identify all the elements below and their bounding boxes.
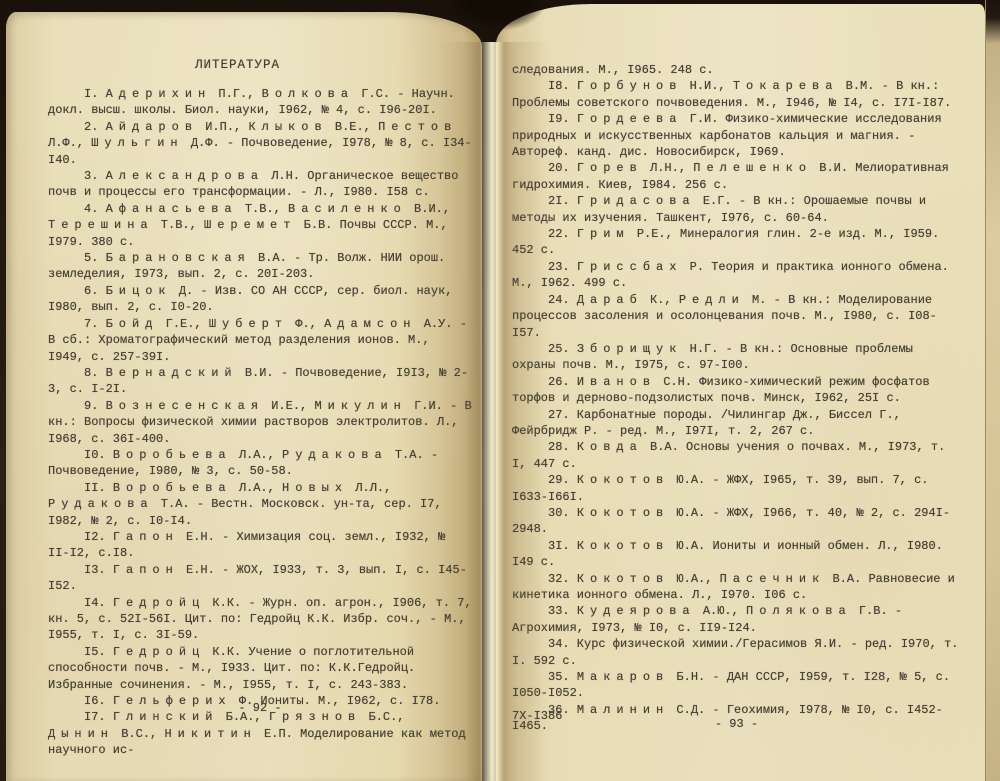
bib-entry: 30. Кокотов Ю.А. - ЖФХ, I966, т. 40, № 2…	[512, 505, 961, 538]
bib-entry: 24. Дараб К., Редли М. - В кн.: Моделиро…	[512, 292, 961, 341]
scanned-book-spread: ЛИТЕРАТУРА I. Адерихин П.Г., Волкова Г.С…	[0, 0, 1000, 781]
bibliography-list-right: I8. Горбунов Н.И., Токарева В.М. - В кн.…	[512, 78, 961, 734]
bib-entry: 29. Кокотов Ю.А. - ЖФХ, I965, т. 39, вып…	[512, 472, 961, 505]
page-number-92: - 92 -	[48, 701, 472, 715]
bib-entry: 27. Карбонатные породы. /Чилингар Дж., Б…	[512, 407, 961, 440]
bib-entry: I3. Гапон Е.Н. - ЖОХ, I933, т. 3, вып. I…	[48, 562, 472, 595]
bib-entry: I8. Горбунов Н.И., Токарева В.М. - В кн.…	[512, 78, 961, 111]
bib-entry: 5. Барановская В.А. - Тр. Волж. НИИ орош…	[48, 250, 472, 283]
bib-entry: 3I. Кокотов Ю.А. Иониты и ионный обмен. …	[512, 538, 961, 571]
bib-entry: I. Адерихин П.Г., Волкова Г.С. - Научн. …	[48, 86, 472, 119]
bib-entry: 35. Макаров Б.Н. - ДАН СССР, I959, т. I2…	[512, 669, 961, 702]
bib-entry: 26. Иванов С.Н. Физико-химический режим …	[512, 374, 961, 407]
entry-continuation: следования. М., I965. 248 с.	[512, 62, 961, 78]
bib-entry: 8. Вернадский В.И. - Почвоведение, I9I3,…	[48, 365, 472, 398]
bib-entry: 34. Курс физической химии./Герасимов Я.И…	[512, 636, 961, 669]
bib-entry: I5. Гедройц К.К. Учение о поглотительной…	[48, 644, 472, 693]
page-edge-stack	[985, 0, 1000, 781]
bib-entry: 4. Афанасьева Т.В., Василенко В.И., Тере…	[48, 201, 472, 250]
bib-entry: I2. Гапон Е.Н. - Химизация соц. земл., I…	[48, 529, 472, 562]
page-number-93: - 93 -	[512, 717, 961, 731]
bib-entry: 23. Гриссбах Р. Теория и практика ионног…	[512, 259, 961, 292]
bib-entry: I0. Воробьева Л.А., Рудакова Т.А. - Почв…	[48, 447, 472, 480]
bib-entry: 9. Вознесенская И.Е., Микулин Г.И. - В к…	[48, 398, 472, 447]
bib-entry: 25. Зборищук Н.Г. - В кн.: Основные проб…	[512, 341, 961, 374]
bib-entry: 2. Айдаров И.П., Клыков В.Е., Пестов Л.Ф…	[48, 119, 472, 168]
section-title: ЛИТЕРАТУРА	[48, 58, 427, 72]
bib-entry: 32. Кокотов Ю.А., Пасечник В.А. Равновес…	[512, 571, 961, 604]
bib-entry: 3. Александрова Л.Н. Органическое вещест…	[48, 168, 472, 201]
bib-entry: 22. Грим Р.Е., Минералогия глин. 2-е изд…	[512, 226, 961, 259]
bib-entry: 20. Горев Л.Н., Пелешенко В.И. Мелиорати…	[512, 160, 961, 193]
left-page: ЛИТЕРАТУРА I. Адерихин П.Г., Волкова Г.С…	[6, 12, 482, 781]
bib-entry: 28. Ковда В.А. Основы учения о почвах. М…	[512, 439, 961, 472]
bib-entry: I7. Глинский Б.А., Грязнов Б.С., Дынин В…	[48, 709, 472, 758]
bib-entry: 2I. Гридасова Е.Г. - В кн.: Орошаемые по…	[512, 193, 961, 226]
bib-entry: 7. Бойд Г.Е., Шуберт Ф., Адамсон А.У. - …	[48, 316, 472, 365]
bib-entry: I9. Гордеева Г.И. Физико-химические иссл…	[512, 111, 961, 160]
bib-entry: I4. Гедройц К.К. - Журн. оп. агрон., I90…	[48, 595, 472, 644]
bib-entry: 6. Бицок Д. - Изв. СО АН СССР, сер. биол…	[48, 283, 472, 316]
bib-entry: 33. Кудеярова А.Ю., Полякова Г.В. - Агро…	[512, 603, 961, 636]
bib-entry: II. Воробьева Л.А., Новых Л.Л., Рудакова…	[48, 480, 472, 529]
bibliography-list-left: I. Адерихин П.Г., Волкова Г.С. - Научн. …	[48, 86, 472, 759]
right-page: следования. М., I965. 248 с. I8. Горбуно…	[496, 4, 985, 781]
